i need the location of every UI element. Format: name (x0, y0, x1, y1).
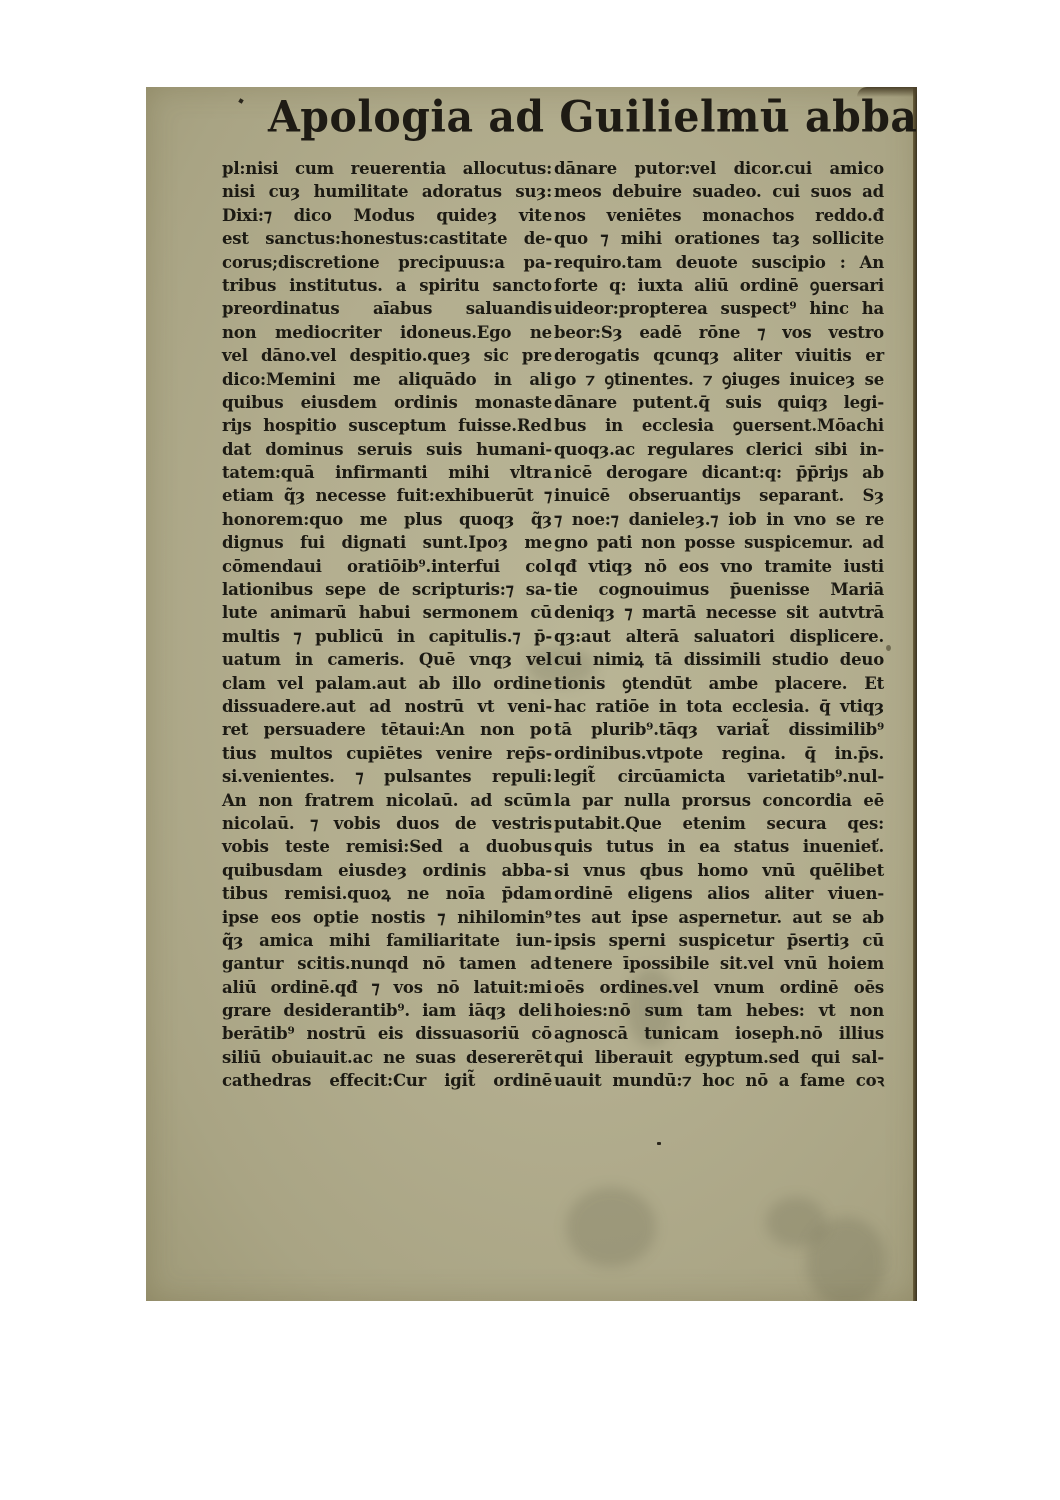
text-line: q̃ȝ amica mihi familiaritate iun- (222, 929, 552, 952)
text-line: dignus fui dignati sunt.Ipoȝ me (222, 531, 552, 554)
text-line: ⁊ noe:⁊ danieleȝ.⁊ iob in vno se re (554, 508, 884, 531)
text-line: riȷs hospitio susceptum fuisse.Red (222, 414, 552, 437)
text-line: tie cognouimus p̄uenisse Mariā (554, 578, 884, 601)
text-line: tenere īpossibile sit.vel vnū hoiem (554, 952, 884, 975)
text-line: derogatis qcunqȝ aliter viuitis er (554, 344, 884, 367)
text-line: uauit mundū:⁊ hoc nō a fame coꝛ (554, 1069, 884, 1092)
text-column-left: pl:nisi cum reuerentia allocutus: nisi c… (222, 157, 552, 1093)
manuscript-leaf: Apologia ad Guilielmū abbatē. pl:nisi cu… (146, 87, 917, 1301)
text-line: quibus eiusdem ordinis monaste (222, 391, 552, 414)
text-line: si vnus qbus homo vnū quēlibet (554, 859, 884, 882)
text-line: tionis ꝯtendūt ambe placere. Et (554, 672, 884, 695)
text-line: tatem:quā infirmanti mihi vltra (222, 461, 552, 484)
text-line: honorem:quo me plus quoqȝ q̃ȝ (222, 508, 552, 531)
text-line: aliū ordinē.qđ ⁊ vos nō latuit:mi (222, 976, 552, 999)
text-line: ordinibus.vtpote regina. q̄ in.p̄s. (554, 742, 884, 765)
text-line: quo ⁊ mihi orationes taȝ sollicite (554, 227, 884, 250)
text-line: cōmendaui oratiōib⁹.interfui col (222, 555, 552, 578)
text-line: la par nulla prorsus concordia eē (554, 789, 884, 812)
text-line: agnoscā tunicam ioseph.nō illius (554, 1022, 884, 1045)
text-line: pl:nisi cum reuerentia allocutus: (222, 157, 552, 180)
text-line: meos debuire suadeo. cui suos ad (554, 180, 884, 203)
text-line: non mediocriter idoneus.Ego ne (222, 321, 552, 344)
text-line: uideor:propterea suspect⁹ hinc ha (554, 297, 884, 320)
text-line: requiro.tam deuote suscipio : An (554, 251, 884, 274)
text-line: multis ⁊ publicū in capitulis.⁊ p̄- (222, 625, 552, 648)
text-line: lute animarū habui sermonem cū (222, 601, 552, 624)
text-line: hac ratiōe in tota ecclesia. q̄ vtiqȝ (554, 695, 884, 718)
paper-stain (566, 1187, 656, 1267)
text-line: quis tutus in ea status inuenieť. (554, 835, 884, 858)
text-line: qđ vtiqȝ nō eos vno tramite iusti (554, 555, 884, 578)
text-line: quibusdam eiusdeȝ ordinis abba- (222, 859, 552, 882)
text-line: An non fratrem nicolaū. ad scūm (222, 789, 552, 812)
text-line: dat dominus seruis suis humani- (222, 438, 552, 461)
paper-stain (806, 1217, 886, 1301)
text-line: tibus remisi.quoꝝ ne noīa p̄dam (222, 882, 552, 905)
text-line: si.venientes. ⁊ pulsantes repuli: (222, 765, 552, 788)
text-line: legit̃ circūamicta varietatib⁹.nul- (554, 765, 884, 788)
text-line: uatum in cameris. Quē vnqȝ vel (222, 648, 552, 671)
text-line: lationibus sepe de scripturis:⁊ sa- (222, 578, 552, 601)
running-title: Apologia ad Guilielmū abbatē. (268, 92, 908, 142)
text-line: cui nimiꝝ tā dissimili studio deuo (554, 648, 884, 671)
text-line: est sanctus:honestus:castitate de- (222, 227, 552, 250)
text-line: beor:Sȝ eadē rōne ⁊ vos vestro (554, 321, 884, 344)
text-line: dānare putor:vel dicor.cui amico (554, 157, 884, 180)
text-line: dānare putent.q̄ suis quiqȝ legi- (554, 391, 884, 414)
text-line: ordinē eligens alios aliter viuen- (554, 882, 884, 905)
text-line: preordinatus aīabus saluandis (222, 297, 552, 320)
text-line: dissuadere.aut ad nostrū vt veni- (222, 695, 552, 718)
text-line: gantur scitis.nunqd nō tamen ad (222, 952, 552, 975)
text-line: oēs ordines.vel vnum ordinē oēs (554, 976, 884, 999)
text-line: nicē derogare dicant:q: p̄p̄riȷs ab (554, 461, 884, 484)
text-line: deniqȝ ⁊ martā necesse sit autvtrā (554, 601, 884, 624)
text-line: grare desiderantib⁹. iam iāqȝ deli (222, 999, 552, 1022)
text-line: vobis teste remisi:Sed a duobus (222, 835, 552, 858)
text-line: nisi cuȝ humilitate adoratus suȝ: (222, 180, 552, 203)
text-line: berātib⁹ nostrū eis dissuasoriū cō (222, 1022, 552, 1045)
text-line: nicolaū. ⁊ vobis duos de vestris (222, 812, 552, 835)
text-line: putabit.Que etenim secura qes: (554, 812, 884, 835)
text-line: bus in ecclesia ꝯuersent.Mōachi (554, 414, 884, 437)
text-line: cathedras effecit:Cur igit̃ ordinē (222, 1069, 552, 1092)
text-line: corus;discretione precipuus:a pa- (222, 251, 552, 274)
text-line: vel dāno.vel despitio.queȝ sic pre (222, 344, 552, 367)
text-line: tā plurib⁹.tāqȝ variat̃ dissimilib⁹ (554, 718, 884, 741)
text-line: qȝ:aut alterā saluatori displicere. (554, 625, 884, 648)
text-line: Dixi:⁊ dico Modus quideȝ vite (222, 204, 552, 227)
ink-speck (657, 1142, 661, 1145)
text-line: siliū obuiauit.ac ne suas desererēt (222, 1046, 552, 1069)
text-line: ipse eos optie nostis ⁊ nihilomin⁹ (222, 906, 552, 929)
text-line: go ⁊ ꝯtinentes. ⁊ ꝯiuges inuiceȝ se (554, 368, 884, 391)
margin-spot (886, 645, 891, 651)
text-column-right: dānare putor:vel dicor.cui amico meos de… (554, 157, 884, 1093)
text-line: gno pati non posse suspicemur. ad (554, 531, 884, 554)
page-edge-shadow (913, 87, 917, 1301)
text-line: qui liberauit egyptum.sed qui sal- (554, 1046, 884, 1069)
text-line: dico:Memini me aliquādo in ali (222, 368, 552, 391)
ink-mark (238, 98, 243, 103)
text-line: clam vel palam.aut ab illo ordine (222, 672, 552, 695)
text-line: ret persuadere tētaui:An non po (222, 718, 552, 741)
text-line: tribus institutus. a spiritu sancto (222, 274, 552, 297)
text-line: tes aut ipse aspernetur. aut se ab (554, 906, 884, 929)
text-line: forte q: iuxta aliū ordinē ꝯuersari (554, 274, 884, 297)
text-line: tius multos cupiētes venire rep̄s- (222, 742, 552, 765)
text-line: ipsis sperni suspicetur p̄sertiȝ cū (554, 929, 884, 952)
text-line: nos veniētes monachos reddo.đ (554, 204, 884, 227)
text-line: hoies:nō sum tam hebes: vt non (554, 999, 884, 1022)
text-line: inuicē obseruantiȷs separant. Sȝ (554, 484, 884, 507)
text-line: etiam q̃ȝ necesse fuit:exhibuerūt ⁊ (222, 484, 552, 507)
text-line: quoqȝ.ac regulares clerici sibi in- (554, 438, 884, 461)
